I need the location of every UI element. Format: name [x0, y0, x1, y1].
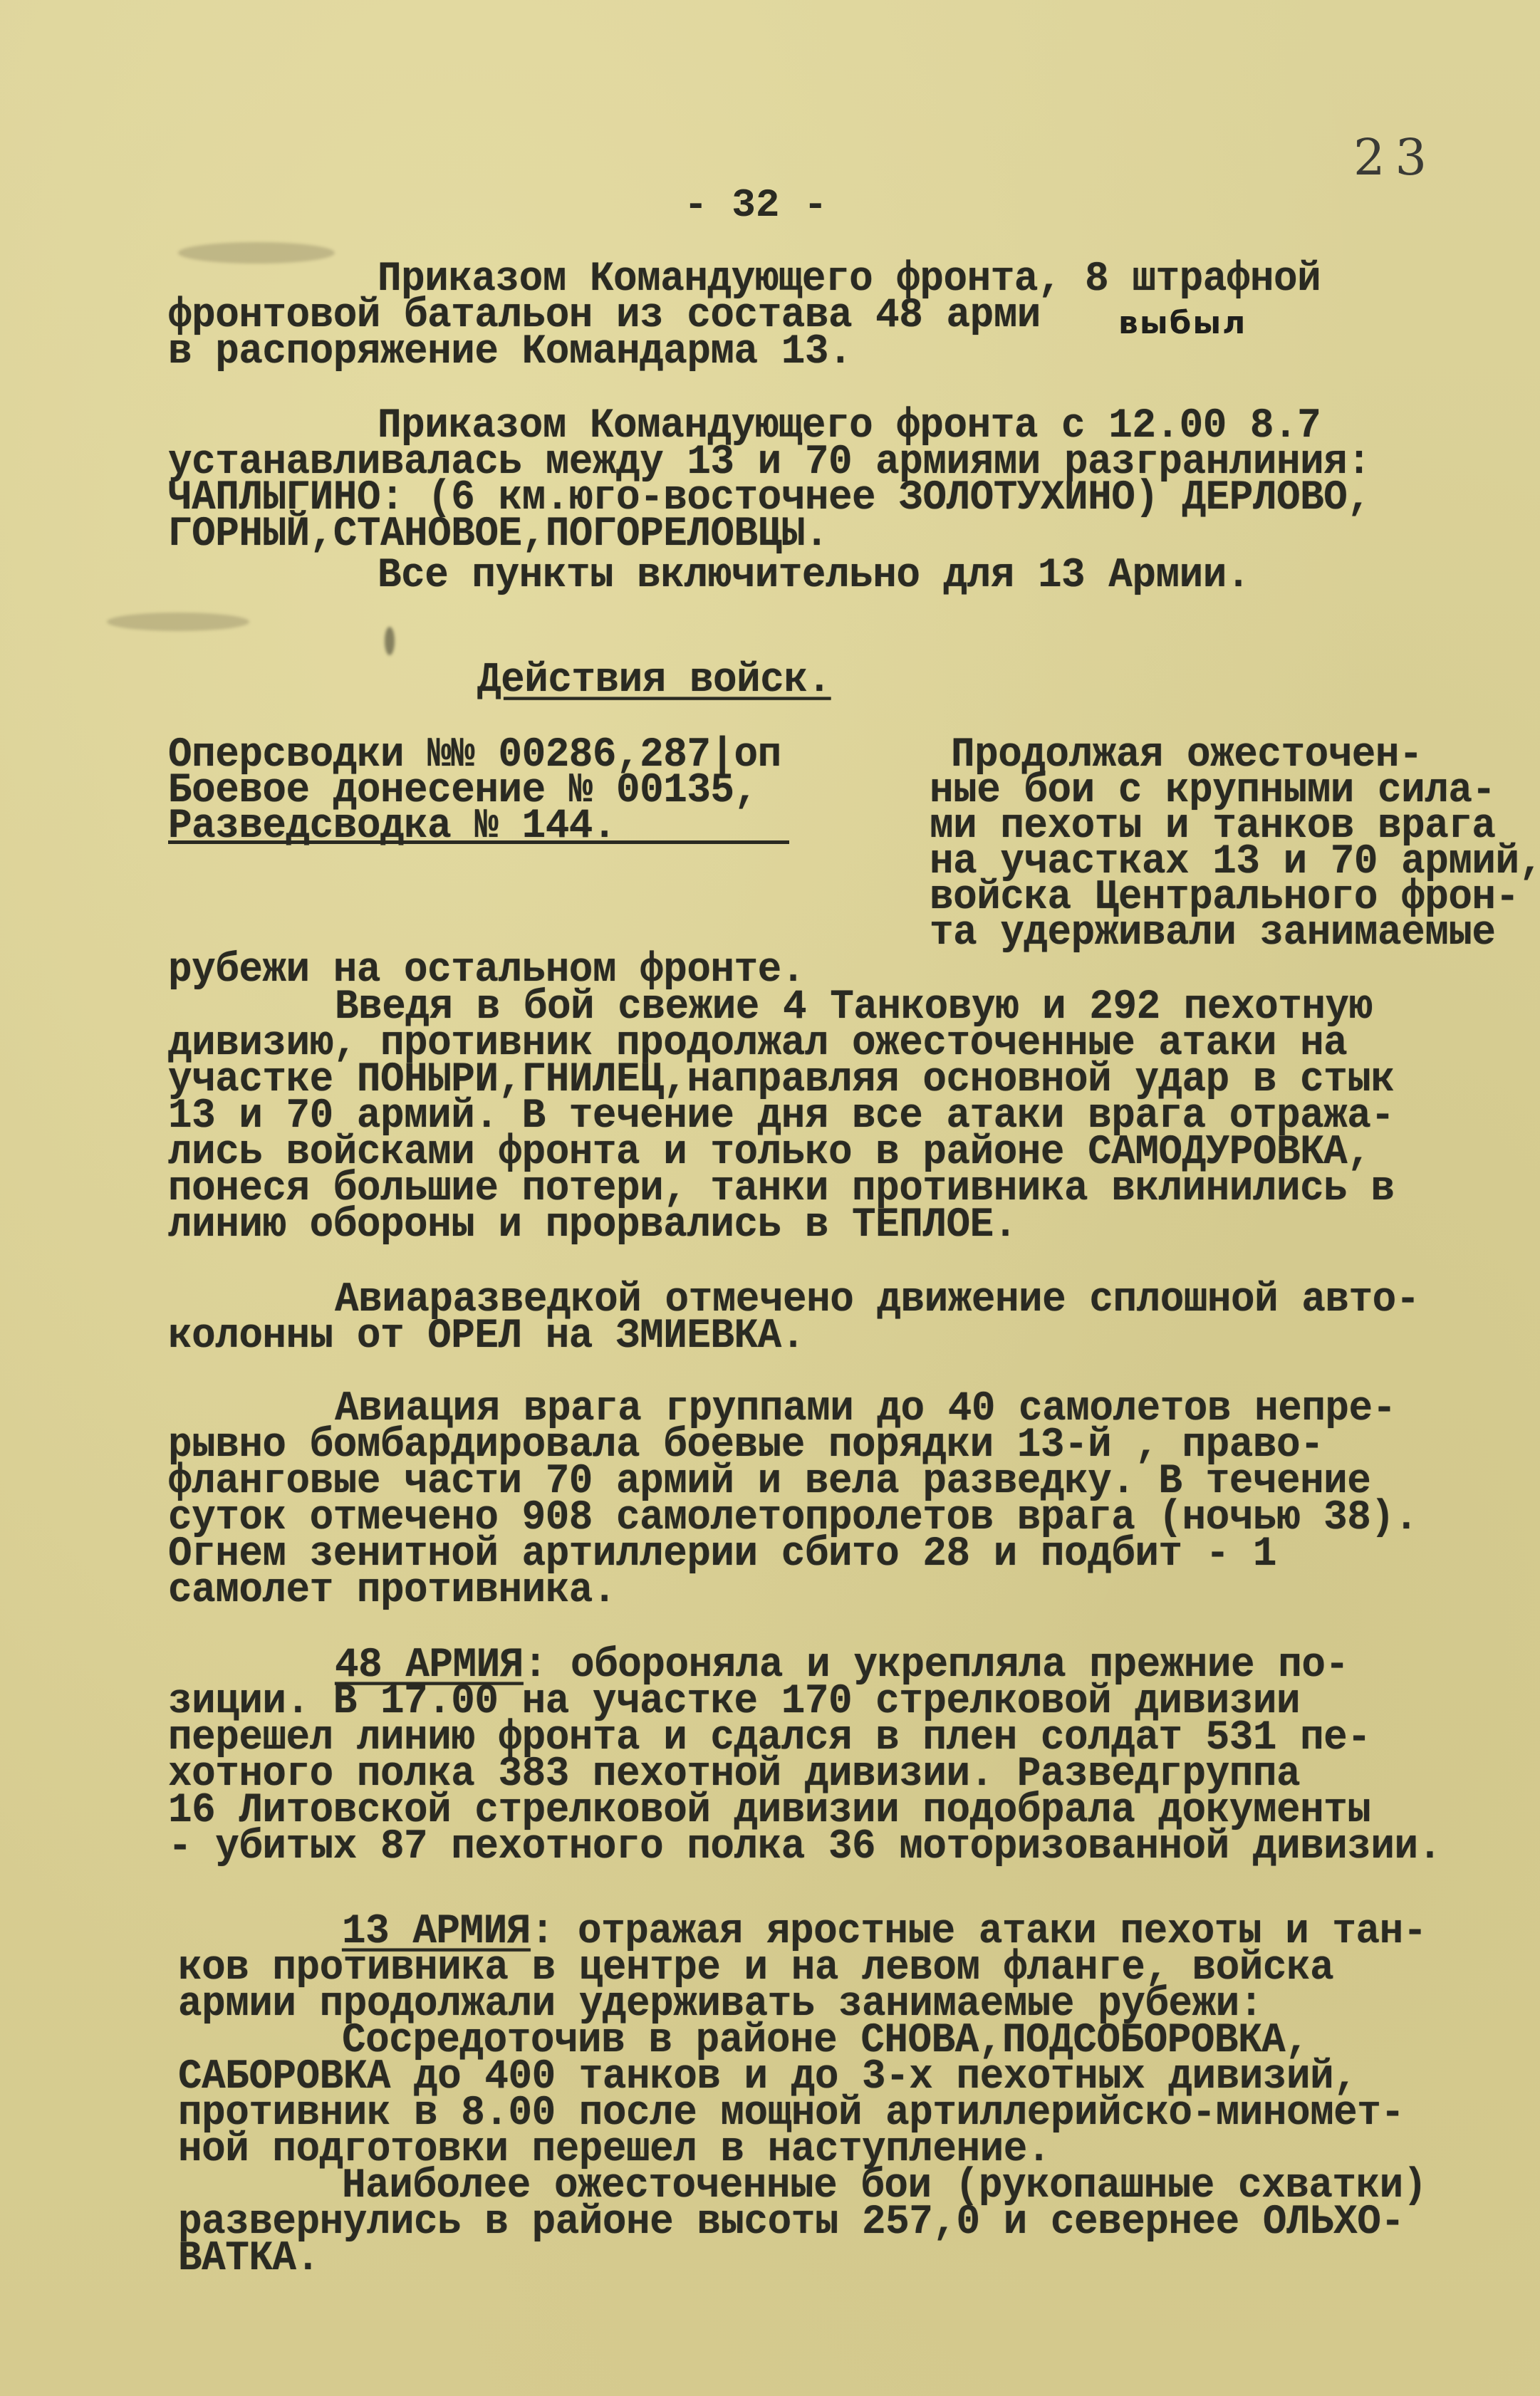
bleed-through-smudge — [107, 613, 249, 631]
page-number: - 32 - — [684, 182, 828, 228]
text-line: линию обороны и прорвались в ТЕПЛОЕ. — [168, 1204, 1017, 1246]
bleed-through-smudge — [178, 242, 335, 264]
text-line: самолет противника. — [168, 1569, 616, 1611]
text-line: в распоряжение Командарма 13. — [168, 330, 852, 373]
archive-sheet-number: 23 — [1353, 128, 1437, 187]
sources-underline — [168, 840, 789, 844]
ink-spot — [385, 627, 395, 655]
text-line: колонны от ОРЕЛ на ЗМИЕВКА. — [168, 1315, 805, 1357]
text-line: ВАТКА. — [178, 2237, 320, 2279]
text-line: та удерживали занимаемые — [930, 912, 1496, 954]
text-line: развернулись в районе высоты 257,0 и сев… — [178, 2201, 1404, 2243]
text-line: ГОРНЫЙ,СТАНОВОЕ,ПОГОРЕЛОВЦЫ. — [168, 513, 828, 555]
section-heading: Действия войск. — [477, 659, 831, 701]
text-line: - убитых 87 пехотного полка 36 моторизов… — [168, 1825, 1442, 1868]
text-line: Все пункты включительно для 13 Армии. — [378, 554, 1250, 596]
handwritten-insert: выбыл — [1118, 305, 1247, 341]
document-page: 23 - 32 - Приказом Командующего фронта, … — [0, 0, 1540, 2396]
